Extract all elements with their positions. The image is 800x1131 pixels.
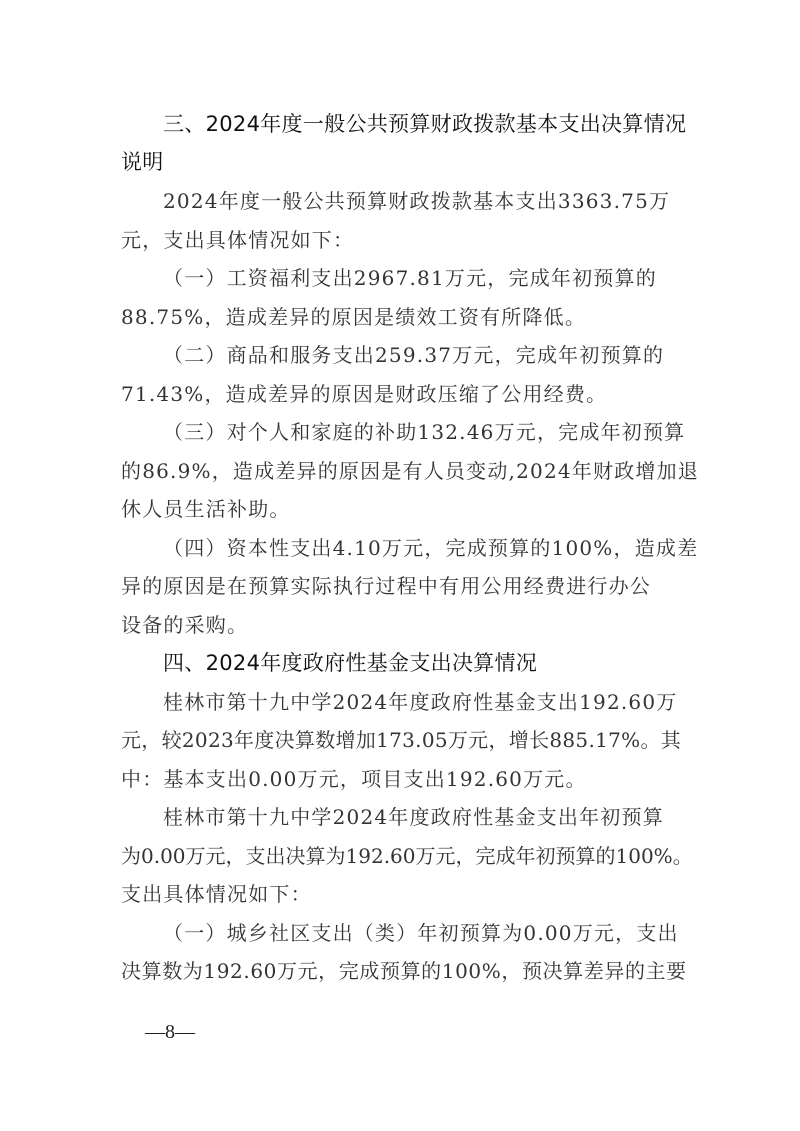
section4-heading: 四、2024年度政府性基金支出决算情况 [163, 649, 537, 677]
paragraph-line: 88.75%，造成差异的原因是绩效工资有所降低。 [121, 303, 586, 331]
paragraph-line: （一）城乡社区支出（类）年初预算为0.00万元，支出 [163, 919, 679, 947]
paragraph-line: （一）工资福利支出2967.81万元，完成年初预算的 [163, 264, 657, 292]
paragraph-line: 桂林市第十九中学2024年度政府性基金支出年初预算 [163, 803, 664, 831]
paragraph-line: 设备的采购。 [121, 611, 248, 639]
section3-heading-cont: 说明 [121, 148, 164, 176]
paragraph-line: 2024年度一般公共预算财政拨款基本支出3363.75万 [163, 187, 670, 215]
paragraph-line: 71.43%，造成差异的原因是财政压缩了公用经费。 [121, 380, 607, 408]
paragraph-line: （二）商品和服务支出259.37万元，完成年初预算的 [163, 341, 664, 369]
paragraph-line: 决算数为192.60万元，完成预算的100%，预决算差异的主要 [121, 957, 687, 985]
paragraph-line: 桂林市第十九中学2024年度政府性基金支出192.60万 [163, 688, 677, 716]
paragraph-line: 的86.9%，造成差异的原因是有人员变动,2024年财政增加退 [121, 457, 699, 485]
paragraph-line: 元，较2023年度决算数增加173.05万元，增长885.17%。其 [121, 726, 681, 754]
page-number: —8— [145, 1021, 195, 1044]
paragraph-line: （三）对个人和家庭的补助132.46万元，完成年初预算 [163, 418, 685, 446]
paragraph-line: 休人员生活补助。 [121, 495, 291, 523]
paragraph-line: （四）资本性支出4.10万元，完成预算的100%，造成差 [163, 534, 698, 562]
paragraph-line: 中：基本支出0.00万元，项目支出192.60万元。 [121, 765, 587, 793]
paragraph-line: 元，支出具体情况如下： [121, 226, 354, 254]
paragraph-line: 支出具体情况如下： [121, 880, 312, 908]
document-page: 三、2024年度一般公共预算财政拨款基本支出决算情况 说明 2024年度一般公共… [0, 0, 800, 1131]
paragraph-line: 异的原因是在预算实际执行过程中有用公用经费进行办公 [121, 572, 651, 600]
section3-heading: 三、2024年度一般公共预算财政拨款基本支出决算情况 [163, 110, 686, 138]
paragraph-line: 为0.00万元，支出决算为192.60万元，完成年初预算的100%。 [121, 842, 693, 870]
